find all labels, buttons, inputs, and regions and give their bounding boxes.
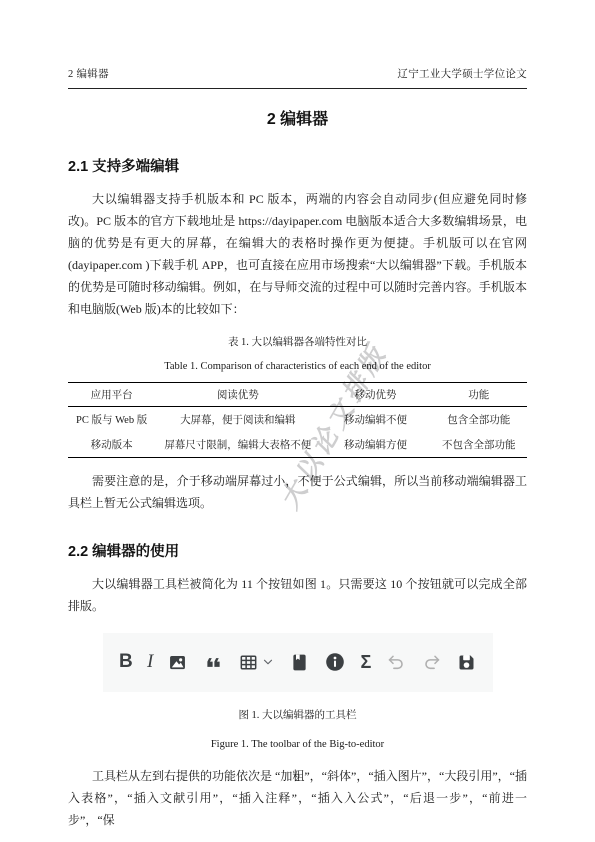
table-caption-en: Table 1. Comparison of characteristics o… (68, 359, 527, 375)
paragraph: 需要注意的是，介于移动端屏幕过小，不便于公式编辑，所以当前移动端编辑器工具栏上暂… (68, 470, 527, 514)
table-row: 移动版本 屏幕尺寸限制，编辑大表格不便 移动编辑方便 不包含全部功能 (68, 432, 527, 458)
figure-caption-zh: 图 1. 大以编辑器的工具栏 (68, 708, 527, 724)
section-heading-2-2: 2.2 编辑器的使用 (68, 540, 527, 561)
comparison-table: 应用平台 阅读优势 移动优势 功能 PC 版与 Web 版 大屏幕，便于阅读和编… (68, 382, 527, 458)
bold-icon: B (119, 650, 133, 674)
table-cell: 屏幕尺寸限制，编辑大表格不便 (155, 432, 320, 458)
table-cell: 移动编辑不便 (320, 406, 430, 432)
running-header-left: 2 编辑器 (68, 66, 109, 81)
chapter-title: 2 编辑器 (68, 106, 527, 129)
table-cell: 不包含全部功能 (431, 432, 527, 458)
chevron-down-icon (261, 655, 275, 669)
table-cell: PC 版与 Web 版 (68, 406, 155, 432)
running-header: 2 编辑器 辽宁工业大学硕士学位论文 (68, 66, 527, 89)
table-header-cell: 阅读优势 (155, 382, 320, 406)
section-heading-2-1: 2.1 支持多端编辑 (68, 155, 527, 176)
table-cell: 移动版本 (68, 432, 155, 458)
citation-icon (289, 650, 310, 674)
running-header-right: 辽宁工业大学硕士学位论文 (397, 66, 527, 81)
insert-table-icon (238, 650, 275, 674)
toolbar-figure: B I Σ (103, 633, 493, 692)
figure-caption-en: Figure 1. The toolbar of the Big-to-edit… (68, 737, 527, 753)
annotation-icon (324, 650, 346, 674)
formula-icon: Σ (360, 650, 371, 674)
table-caption-zh: 表 1. 大以编辑器各端特性对比 (68, 335, 527, 351)
table-cell: 大屏幕，便于阅读和编辑 (155, 406, 320, 432)
paragraph: 大以编辑器工具栏被简化为 11 个按钮如图 1。只需要这 10 个按钮就可以完成… (68, 573, 527, 617)
paragraph: 大以编辑器支持手机版本和 PC 版本，两端的内容会自动同步(但应避免同时修改)。… (68, 188, 527, 320)
table-header-cell: 移动优势 (320, 382, 430, 406)
table-cell: 包含全部功能 (431, 406, 527, 432)
table-header-cell: 功能 (431, 382, 527, 406)
blockquote-icon (203, 650, 224, 674)
table-row: PC 版与 Web 版 大屏幕，便于阅读和编辑 移动编辑不便 包含全部功能 (68, 406, 527, 432)
save-icon (456, 650, 477, 674)
document-page: 大以论文排版 2 编辑器 辽宁工业大学硕士学位论文 2 编辑器 2.1 支持多端… (0, 0, 595, 842)
italic-icon: I (147, 650, 153, 674)
redo-icon (421, 650, 442, 674)
table-cell: 移动编辑方便 (320, 432, 430, 458)
undo-icon (386, 650, 407, 674)
insert-image-icon (167, 650, 188, 674)
table-header-row: 应用平台 阅读优势 移动优势 功能 (68, 382, 527, 406)
paragraph: 工具栏从左到右提供的功能依次是 “加粗”，“斜体”，“插入图片”，“大段引用”，… (68, 765, 527, 831)
table-header-cell: 应用平台 (68, 382, 155, 406)
